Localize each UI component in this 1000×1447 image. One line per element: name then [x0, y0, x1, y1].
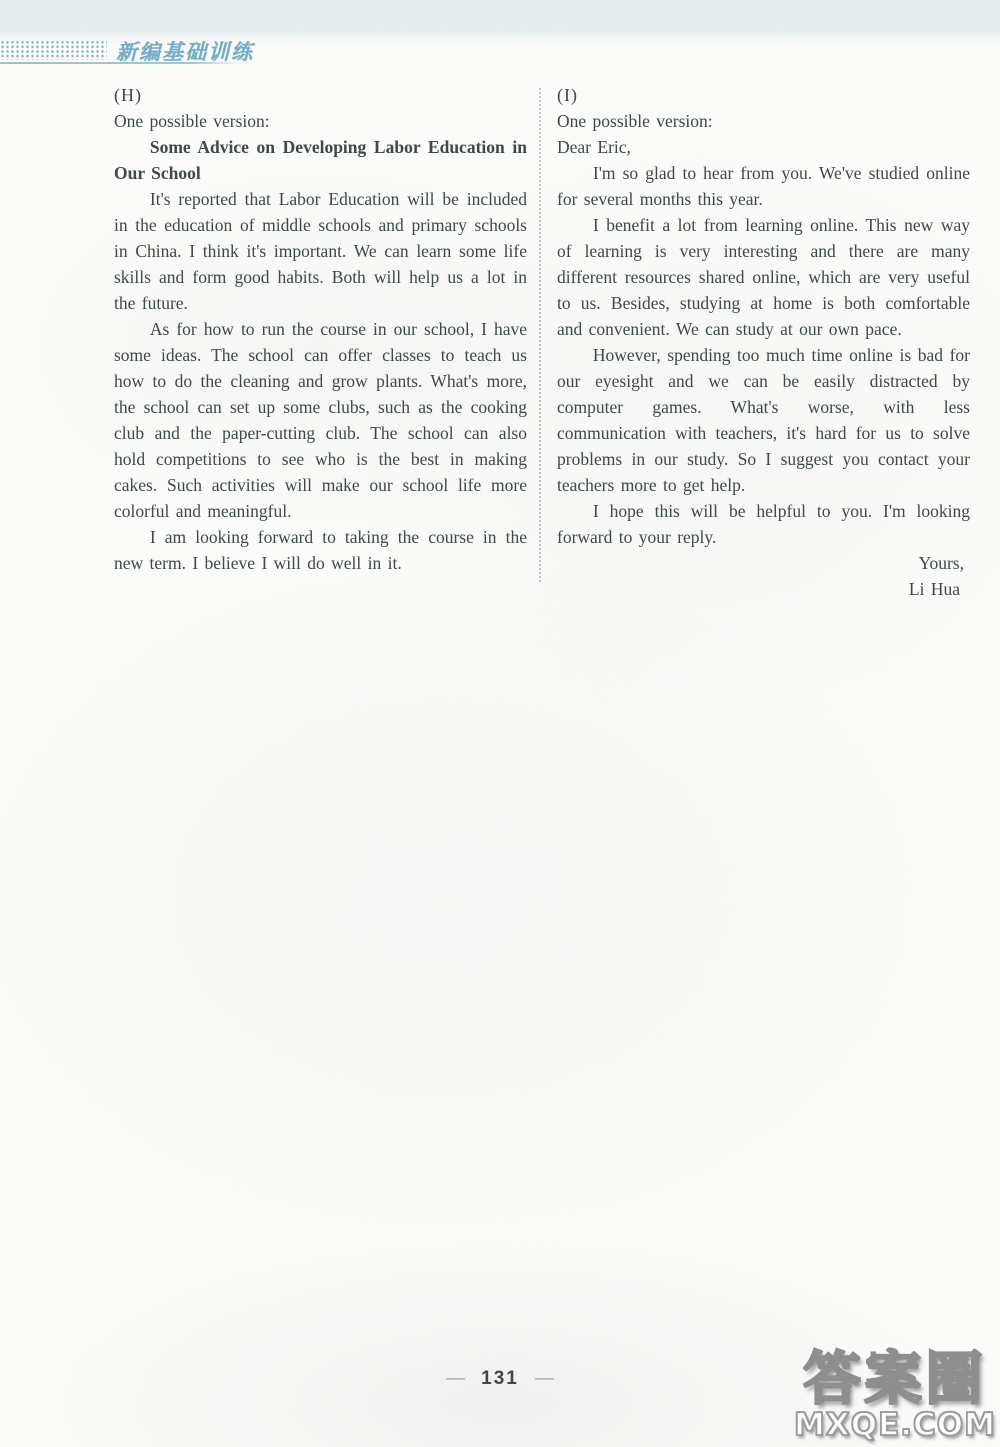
section-label-h: (H): [114, 82, 527, 108]
workbook-brand-logo: 新编基础训练: [116, 36, 254, 66]
page-header: 新编基础训练: [0, 38, 320, 66]
watermark-site-url: MXQE.COM: [794, 1410, 996, 1441]
letter-paragraph: I hope this will be helpful to you. I'm …: [557, 498, 970, 550]
page-footer: —131—: [0, 1368, 1000, 1390]
letter-paragraph: However, spending too much time online i…: [557, 342, 970, 498]
site-watermark: 答案圈 MXQE.COM: [794, 1351, 996, 1441]
version-intro: One possible version:: [557, 108, 970, 134]
section-label-i: (I): [557, 82, 970, 108]
page-number: 131: [481, 1368, 519, 1389]
essay-paragraph: As for how to run the course in our scho…: [114, 316, 527, 524]
right-column: (I) One possible version: Dear Eric, I'm…: [557, 82, 970, 602]
halftone-dots-pattern: [0, 40, 107, 60]
footer-dash-left: —: [446, 1368, 465, 1389]
essay-title: Some Advice on Developing Labor Educatio…: [114, 134, 527, 186]
left-column: (H) One possible version: Some Advice on…: [114, 82, 527, 576]
footer-dash-right: —: [535, 1368, 554, 1389]
essay-paragraph: I am looking forward to taking the cours…: [114, 524, 527, 576]
letter-salutation: Dear Eric,: [557, 134, 970, 160]
letter-closing: Yours,: [557, 550, 970, 576]
essay-paragraph: It's reported that Labor Education will …: [114, 186, 527, 316]
letter-paragraph: I'm so glad to hear from you. We've stud…: [557, 160, 970, 212]
scanned-workbook-page: 新编基础训练 (H) One possible version: Some Ad…: [0, 0, 1000, 1447]
letter-paragraph: I benefit a lot from learning online. Th…: [557, 212, 970, 342]
column-divider-dotted-line: [539, 88, 541, 582]
letter-signature: Li Hua: [557, 576, 970, 602]
version-intro: One possible version:: [114, 108, 527, 134]
